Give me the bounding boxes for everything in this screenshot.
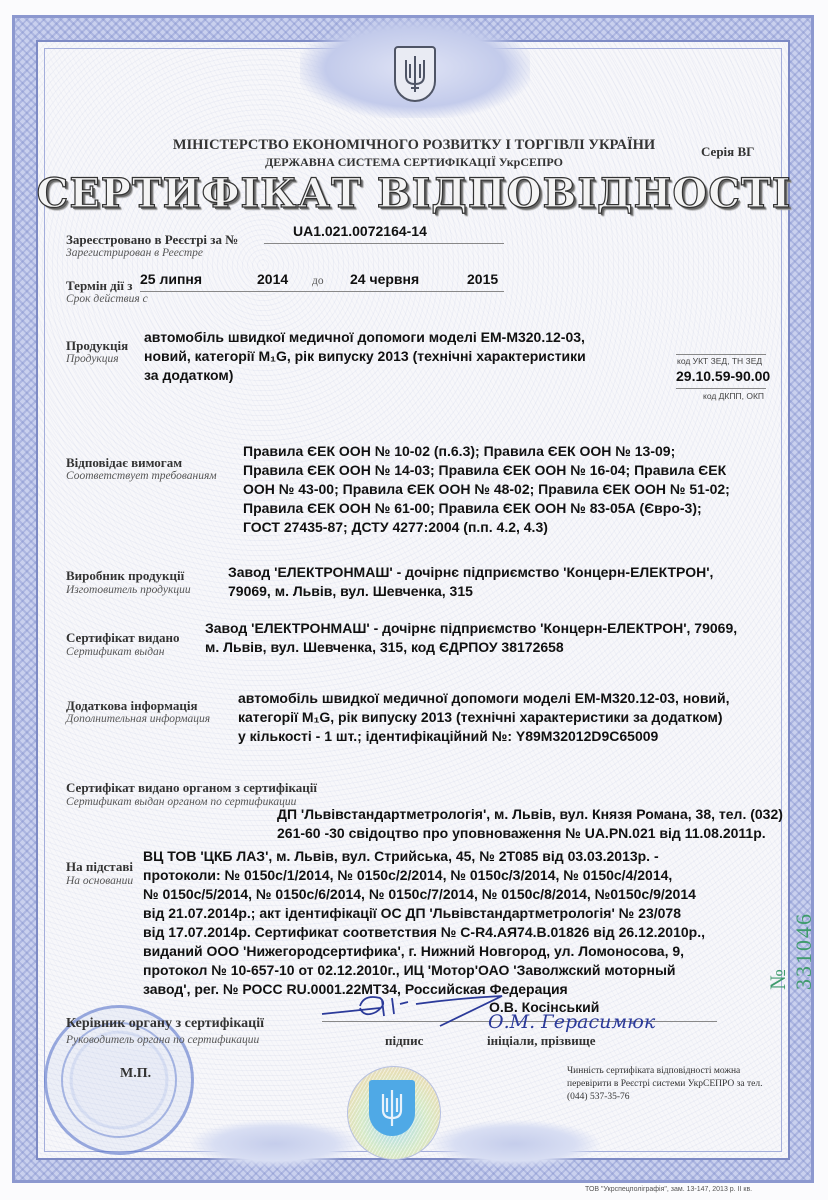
- issuing-body-label: Сертифікат видано органом з сертифікації: [66, 780, 317, 796]
- serial-number: № 331046: [765, 912, 817, 990]
- additional-line-2: категорії M₁G, рік випуску 2013 (технічн…: [238, 708, 723, 727]
- requirements-label: Відповідає вимогам: [66, 455, 182, 471]
- issued-to-line-2: м. Львів, вул. Шевченка, 315, код ЄДРПОУ…: [205, 638, 564, 657]
- code-top-rule: [676, 354, 766, 355]
- product-label-ru: Продукция: [66, 353, 119, 365]
- code-label-top: код УКТ ЗЕД, ТН ЗЕД: [677, 356, 762, 366]
- issuing-body-line-1: ДП 'Львівстандартметрологія', м. Львів, …: [277, 805, 783, 824]
- basis-label: На підставі: [66, 859, 133, 875]
- validity-label-ru: Срок действия с: [66, 293, 148, 305]
- requirements-line-1: Правила ЄЕК ООН № 10-02 (п.6.3); Правила…: [243, 442, 675, 461]
- requirements-label-ru: Соответствует требованиям: [66, 470, 217, 482]
- stamp-placeholder: М.П.: [120, 1066, 151, 1082]
- series-label: Серія ВГ: [701, 144, 754, 160]
- issued-to-label: Сертифікат видано: [66, 630, 180, 646]
- validity-underline: [140, 291, 504, 292]
- code-bottom-rule: [676, 388, 766, 389]
- product-label: Продукція: [66, 338, 128, 354]
- manufacturer-line-1: Завод 'ЕЛЕКТРОНМАШ' - дочірнє підприємст…: [228, 563, 713, 582]
- additional-label: Додаткова інформація: [66, 698, 198, 714]
- handwritten-name: О.М. Герасимюк: [488, 1011, 655, 1033]
- requirements-line-5: ГОСТ 27435-87; ДСТУ 4277:2004 (п.п. 4.2,…: [243, 518, 548, 537]
- registry-underline: [264, 243, 504, 244]
- additional-label-ru: Дополнительная информация: [66, 713, 210, 725]
- registry-number: UA1.021.0072164-14: [293, 222, 427, 241]
- code-label-bottom: код ДКПП, ОКП: [703, 391, 764, 401]
- basis-line-6: виданий ООО 'Нижегородсертифика', г. Ниж…: [143, 942, 684, 961]
- document-title: СЕРТИФІКАТ ВІДПОВІДНОСТІ: [0, 170, 828, 217]
- signature-scribble: [320, 992, 510, 1032]
- signature-caption: підпис: [385, 1033, 423, 1049]
- issuing-body-line-2: 261-60 -30 свідоцтво про уповноваження №…: [277, 824, 766, 843]
- registry-label-ru: Зарегистрирован в Реестре: [66, 247, 203, 259]
- validity-to-word: до: [312, 275, 324, 287]
- basis-line-7: протокол № 10-657-10 от 02.12.2010г., ИЦ…: [143, 961, 676, 980]
- issued-to-line-1: Завод 'ЕЛЕКТРОНМАШ' - дочірнє підприємст…: [205, 619, 737, 638]
- validity-to-year: 2015: [467, 270, 498, 289]
- product-code: 29.10.59-90.00: [676, 367, 770, 386]
- hologram-trident-icon: [369, 1080, 415, 1136]
- basis-label-ru: На основании: [66, 875, 133, 887]
- basis-line-1: ВЦ ТОВ 'ЦКБ ЛАЗ', м. Львів, вул. Стрийсь…: [143, 847, 659, 866]
- trident-coat-of-arms-icon: [394, 46, 436, 102]
- basis-line-4: від 21.07.2014р.; акт ідентифікації ОС Д…: [143, 904, 681, 923]
- validity-from-date: 25 липня: [140, 270, 202, 289]
- validity-label: Термін дії з: [66, 278, 132, 294]
- registry-label: Зареєстровано в Реєстрі за №: [66, 232, 238, 248]
- certificate-page: МІНІСТЕРСТВО ЕКОНОМІЧНОГО РОЗВИТКУ І ТОР…: [0, 0, 828, 1200]
- basis-line-2: протоколи: № 0150с/1/2014, № 0150с/2/201…: [143, 866, 672, 885]
- validity-from-year: 2014: [257, 270, 288, 289]
- product-line-2: новий, категорії M₁G, рік випуску 2013 (…: [144, 347, 586, 366]
- name-caption: ініціали, прізвище: [487, 1033, 596, 1049]
- requirements-line-2: Правила ЄЕК ООН № 14-03; Правила ЄЕК ООН…: [243, 461, 726, 480]
- verification-note: Чинність сертифіката відповідності можна…: [567, 1065, 777, 1104]
- additional-line-1: автомобіль швидкої медичної допомоги мод…: [238, 689, 730, 708]
- additional-line-3: у кількості - 1 шт.; ідентифікаційний №:…: [238, 727, 658, 746]
- signatory-label: Керівник органу з сертифікації: [66, 1016, 264, 1032]
- basis-line-5: від 17.07.2014р. Сертификат соответствия…: [143, 923, 705, 942]
- manufacturer-line-2: 79069, м. Львів, вул. Шевченка, 315: [228, 582, 473, 601]
- bottom-ornament-right: [430, 1120, 600, 1168]
- validity-to-date: 24 червня: [350, 270, 419, 289]
- signatory-label-ru: Руководитель органа по сертификации: [66, 1034, 259, 1046]
- issuing-body-label-ru: Сертификат выдан органом по сертификации: [66, 796, 296, 808]
- basis-line-3: № 0150с/5/2014, № 0150с/6/2014, № 0150с/…: [143, 885, 696, 904]
- printer-note: ТОВ "Укрспецполіграфія", зам. 13-147, 20…: [585, 1186, 752, 1193]
- issued-to-label-ru: Сертификат выдан: [66, 646, 165, 658]
- requirements-line-3: ООН № 43-00; Правила ЄЕК ООН № 48-02; Пр…: [243, 480, 730, 499]
- product-line-1: автомобіль швидкої медичної допомоги мод…: [144, 328, 585, 347]
- bottom-ornament-left: [190, 1120, 360, 1168]
- manufacturer-label-ru: Изготовитель продукции: [66, 584, 191, 596]
- product-line-3: за додатком): [144, 366, 233, 385]
- requirements-line-4: Правила ЄЕК ООН № 61-00; Правила ЄЕК ООН…: [243, 499, 702, 518]
- manufacturer-label: Виробник продукції: [66, 568, 184, 584]
